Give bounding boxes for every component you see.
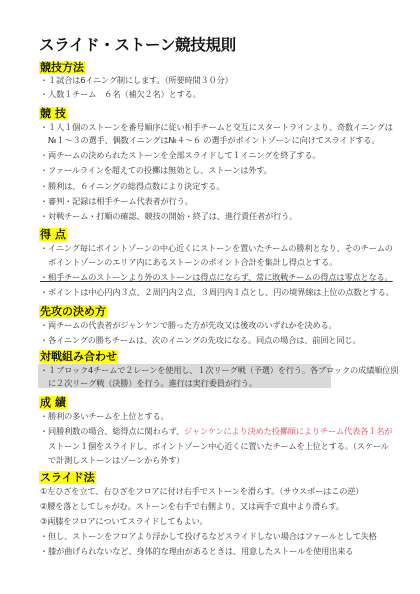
text-segment: ・同勝利数の場合、総得点に関わらず、	[40, 426, 184, 436]
text-line: ・各イニングの勝ちチームは、次のイニングの先攻になる。同点の場合は、前回と同じ。	[40, 335, 361, 346]
document-page: スライド・ストーン競技規則 競技方法 ・１試合は6イニング制にします。（所要時間…	[0, 0, 420, 594]
text-line: ・ポイントは中心円内３点、２周円内２点、３周円内１点とし、円の境界線は上位の点数…	[40, 287, 394, 298]
heading-competition-method: 競技方法	[39, 61, 85, 74]
text-line: ・イニング毎にポイントゾーンの中心近くにストーンを置いたチームの勝利となり、その…	[40, 243, 393, 254]
text-line: ・両チームの決められたストーンを全部スライドして１イニングを終了する。	[40, 150, 320, 161]
text-line: ・勝利の多いチームを上位とする。	[40, 411, 169, 422]
heading-matchups: 対戦組み合わせ	[39, 350, 118, 363]
text-line: №１～３の選手、偶数イニングは№４～６ の選手がポイントゾーンに向けてスライドす…	[48, 135, 380, 146]
text-line: ③両膝をフロアについてスライドしてもよい。	[40, 516, 208, 527]
heading-scoring: 得 点	[39, 228, 67, 241]
text-line: ・但し、ストーンをフロアより浮かして投げるなどスライドしない場合はファールとして…	[40, 531, 377, 542]
text-line: ポイントゾーンのエリア内にあるストーンのポイント合計を集計し得点とする。	[48, 257, 337, 268]
text-line: ・両チームの代表者がジャンケンで勝った方が先攻又は後攻のいずれかを決める。	[40, 320, 337, 331]
text-line: ①左ひざを立て、右ひざをフロアに付け右手でストーンを滑らす。（サウスポーはこの逆…	[40, 486, 363, 497]
text-line: ・１試合は6イニング制にします。（所要時間３０分）	[40, 75, 233, 86]
heading-competition: 競 技	[39, 107, 67, 120]
text-line: ②腰を落としてしゃがむ。ストーンを右手で右側より、又は両手で真中より滑らす。	[40, 501, 344, 512]
text-line: で計測しストーンはゾーンから外す）	[48, 455, 184, 466]
text-line: ・１人１個のストーンを番号順序に従い相手チームと交互にスタートラインより、奇数イ…	[40, 122, 393, 133]
heading-results: 成 績	[39, 396, 67, 409]
text-line: に２次リーグ戦（決勝）を行う。進行は実行委員が行う。	[48, 378, 257, 389]
text-line: ・１ブロック4チームで２レーンを使用し、１次リーグ戦（予選）を行う。各ブロックの…	[40, 365, 398, 376]
emphasized-text: ジャンケンにより決めた投擲順によりチーム代表各１名が	[184, 426, 392, 436]
text-line: ・勝利は、６イニングの総得点数により決定する。	[40, 181, 224, 192]
document-title: スライド・ストーン競技規則	[39, 33, 236, 55]
heading-first-attack: 先攻の決め方	[39, 305, 107, 318]
heading-slide-method: スライド法	[39, 471, 96, 484]
text-line: ・膝が曲げられないなど、身体的な理由があるときは、用意したストールを使用出来る	[40, 546, 353, 557]
text-line: ・同勝利数の場合、総得点に関わらず、ジャンケンにより決めた投擲順によりチーム代表…	[40, 426, 392, 437]
text-line-underlined: ・相手チームのストーンより外のストーンは得点にならず、常に敗戦チームの得点は零点…	[40, 272, 393, 283]
text-line: ・審判・記録は相手チーム代表者が行う。	[40, 196, 193, 207]
text-line: ストーン１個をスライドし、ポイントゾーン中心近くに置いたチームを上位とする。（ス…	[48, 441, 389, 452]
text-line: ・対戦チーム・打順の確認、競技の開始・終了は、進行責任者が行う。	[40, 211, 297, 222]
text-line: ・ファールラインを超えての投擲は無効とし、ストーンは外す。	[40, 165, 272, 176]
text-line: ・人数１チーム ６名（補欠２名）とする。	[40, 89, 201, 100]
